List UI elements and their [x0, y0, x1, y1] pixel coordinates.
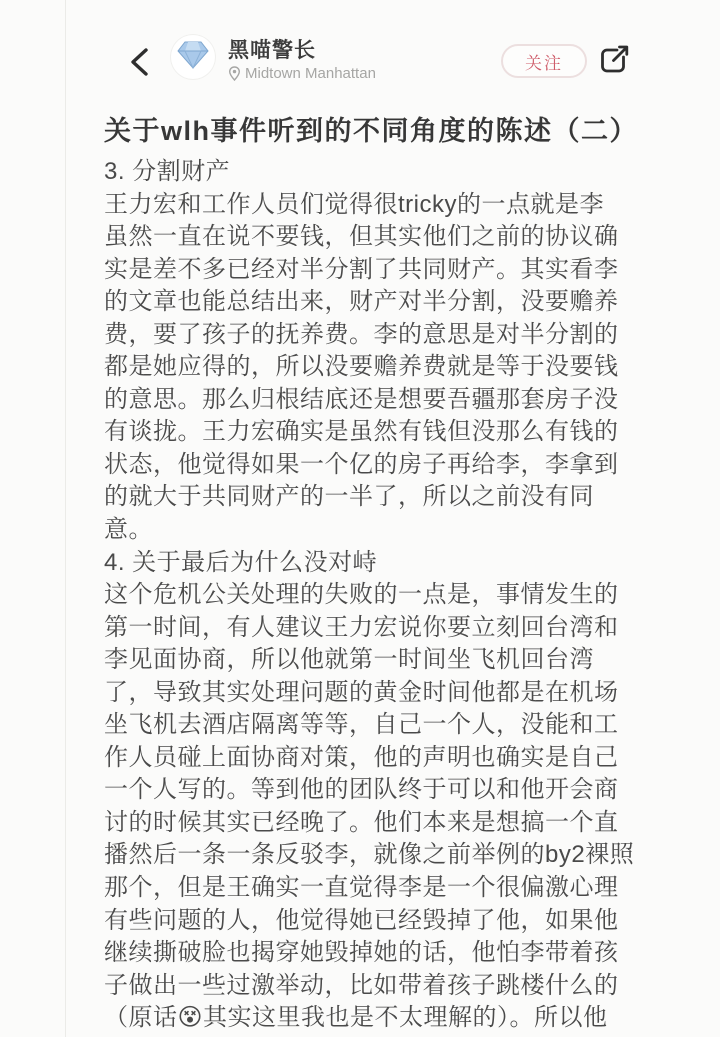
post-text-line: 4. 关于最后为什么没对峙 — [104, 547, 644, 580]
back-button[interactable] — [126, 46, 154, 78]
location-text: Midtown Manhattan — [245, 65, 376, 82]
post-text-line: 一个人写的。等到他的团队终于可以和他开会商 — [104, 774, 644, 807]
post-text-line: 意。 — [104, 514, 644, 547]
post-text-line: 作人员碰上面协商对策，他的声明也确实是自己 — [104, 742, 644, 775]
post-text-line: 有些问题的人，他觉得她已经毁掉了他，如果他 — [104, 905, 644, 938]
photo-edge-line — [65, 0, 66, 1037]
post-title: 关于wlh事件听到的不同角度的陈述（二） — [104, 109, 638, 148]
share-button[interactable] — [596, 42, 632, 78]
post-text-line: 实是差不多已经对半分割了共同财产。其实看李 — [104, 254, 644, 287]
post-text-line: 都是她应得的，所以没要赡养费就是等于没要钱 — [104, 351, 644, 384]
post-body: 3. 分割财产王力宏和工作人员们觉得很tricky的一点就是李虽然一直在说不要钱… — [104, 156, 644, 1035]
post-page: 黑喵警长 Midtown Manhattan 关注 关于wlh事件听到的不同角度… — [0, 0, 720, 1037]
avatar[interactable] — [170, 34, 216, 80]
post-text-line: 坐飞机去酒店隔离等等，自己一个人，没能和工 — [104, 709, 644, 742]
location-row: Midtown Manhattan — [228, 64, 376, 82]
post-text-line: 3. 分割财产 — [104, 156, 644, 189]
post-text-line: 继续撕破脸也揭穿她毁掉她的话，他怕李带着孩 — [104, 937, 644, 970]
post-text-line: 王力宏和工作人员们觉得很tricky的一点就是李 — [104, 189, 644, 222]
post-text-line: 那个，但是王确实一直觉得李是一个很偏激心理 — [104, 872, 644, 905]
post-text-line: 费，要了孩子的抚养费。李的意思是对半分割的 — [104, 319, 644, 352]
chevron-left-icon — [126, 65, 154, 82]
share-icon — [596, 65, 632, 82]
post-text-line: 李见面协商，所以他就第一时间坐飞机回台湾 — [104, 644, 644, 677]
map-pin-icon — [228, 66, 241, 81]
post-text-line: 的文章也能总结出来，财产对半分割，没要赡养 — [104, 286, 644, 319]
post-text-line: 播然后一条一条反驳李，就像之前举例的by2裸照 — [104, 839, 644, 872]
username[interactable]: 黑喵警长 — [228, 34, 316, 64]
post-text-line: 这个危机公关处理的失败的一点是，事情发生的 — [104, 579, 644, 612]
post-text-line: 虽然一直在说不要钱，但其实他们之前的协议确 — [104, 221, 644, 254]
post-text-line: 子做出一些过激举动，比如带着孩子跳楼什么的 — [104, 970, 644, 1003]
gem-icon — [176, 39, 210, 76]
post-text-line: 的就大于共同财产的一半了，所以之前没有同 — [104, 481, 644, 514]
post-text-line: 的意思。那么归根结底还是想要吾疆那套房子没 — [104, 384, 644, 417]
post-text-line: 了，导致其实处理问题的黄金时间他都是在机场 — [104, 677, 644, 710]
post-text-line: 状态，他觉得如果一个亿的房子再给李，李拿到 — [104, 449, 644, 482]
post-text-line: 讨的时候其实已经晚了。他们本来是想搞一个直 — [104, 807, 644, 840]
post-text-line: 第一时间，有人建议王力宏说你要立刻回台湾和 — [104, 612, 644, 645]
post-text-line: （原话😵其实这里我也是不太理解的）。所以他 — [104, 1002, 644, 1035]
follow-button[interactable]: 关注 — [501, 44, 587, 78]
follow-button-label: 关注 — [525, 49, 563, 74]
post-text-line: 有谈拢。王力宏确实是虽然有钱但没那么有钱的 — [104, 416, 644, 449]
